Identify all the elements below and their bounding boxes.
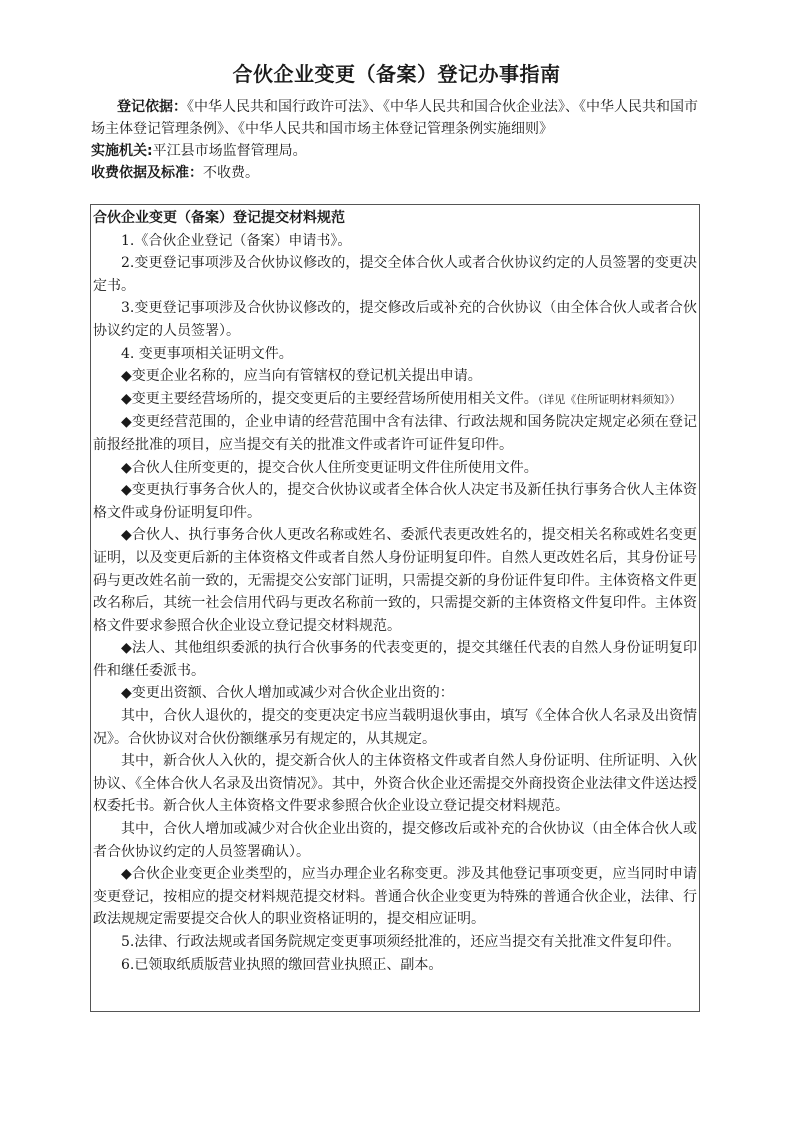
material-bullet-type-change: ◆合伙企业变更企业类型的，应当办理企业名称变更。涉及其他登记事项变更，应当同时申… (93, 863, 697, 931)
material-bullet-premises: ◆变更主要经营场所的，提交变更后的主要经营场所使用相关文件。（详见《住所证明材料… (93, 388, 697, 412)
material-bullet-partner-address: ◆合伙人住所变更的，提交合伙人住所变更证明文件住所使用文件。 (93, 457, 697, 480)
materials-heading: 合伙企业变更（备案）登记提交材料规范 (93, 207, 697, 230)
registration-basis: 登记依据：《中华人民共和国行政许可法》、《中华人民共和国合伙企业法》、《中华人民… (91, 96, 705, 140)
material-sub-contribution: 其中，合伙人增加或减少对合伙企业出资的，提交修改后或补充的合伙协议（由全体合伙人… (93, 818, 697, 863)
material-bullet-representative: ◆法人、其他组织委派的执行合伙事务的代表变更的，提交其继任代表的自然人身份证明复… (93, 637, 697, 682)
implementing-agency: 实施机关:平江县市场监督管理局。 (91, 140, 705, 162)
materials-box: 合伙企业变更（备案）登记提交材料规范 1.《合伙企业登记（备案）申请书》。 2.… (90, 204, 700, 1012)
page-title: 合伙企业变更（备案）登记办事指南 (0, 60, 793, 88)
material-item-4: 4. 变更事项相关证明文件。 (93, 343, 697, 366)
material-bullet-name: ◆变更企业名称的，应当向有管辖权的登记机关提出申请。 (93, 365, 697, 388)
material-item-6: 6.已领取纸质版营业执照的缴回营业执照正、副本。 (93, 954, 697, 977)
material-item-5: 5.法律、行政法规或者国务院规定变更事项须经批准的，还应当提交有关批准文件复印件… (93, 931, 697, 954)
material-sub-new-partner: 其中，新合伙人入伙的，提交新合伙人的主体资格文件或者自然人身份证明、住所证明、入… (93, 750, 697, 818)
agency-label: 实施机关: (91, 143, 153, 159)
basis-label: 登记依据： (117, 99, 187, 115)
fee-label: 收费依据及标准： (91, 165, 203, 181)
material-item-1: 1.《合伙企业登记（备案）申请书》。 (93, 230, 697, 253)
material-item-3: 3.变更登记事项涉及合伙协议修改的，提交修改后或补充的合伙协议（由全体合伙人或者… (93, 297, 697, 342)
address-note: （详见《住所证明材料须知》） (538, 393, 681, 406)
fee-standard: 收费依据及标准：不收费。 (91, 162, 705, 184)
material-bullet-executive-partner: ◆变更执行事务合伙人的，提交合伙协议或者全体合伙人决定书及新任执行事务合伙人主体… (93, 479, 697, 524)
material-bullet-scope: ◆变更经营范围的，企业申请的经营范围中含有法律、行政法规和国务院决定规定必须在登… (93, 411, 697, 456)
material-item-2: 2.变更登记事项涉及合伙协议修改的，提交全体合伙人或者合伙协议约定的人员签署的变… (93, 252, 697, 297)
material-bullet-name-change: ◆合伙人、执行事务合伙人更改名称或姓名、委派代表更改姓名的，提交相关名称或姓名变… (93, 524, 697, 637)
material-bullet-capital: ◆变更出资额、合伙人增加或减少对合伙企业出资的： (93, 682, 697, 705)
material-sub-withdrawal: 其中，合伙人退伙的，提交的变更决定书应当载明退伙事由，填写《全体合伙人名录及出资… (93, 705, 697, 750)
agency-text: 平江县市场监督管理局。 (153, 143, 307, 159)
guide-meta: 登记依据：《中华人民共和国行政许可法》、《中华人民共和国合伙企业法》、《中华人民… (117, 96, 705, 184)
fee-text: 不收费。 (203, 165, 259, 181)
